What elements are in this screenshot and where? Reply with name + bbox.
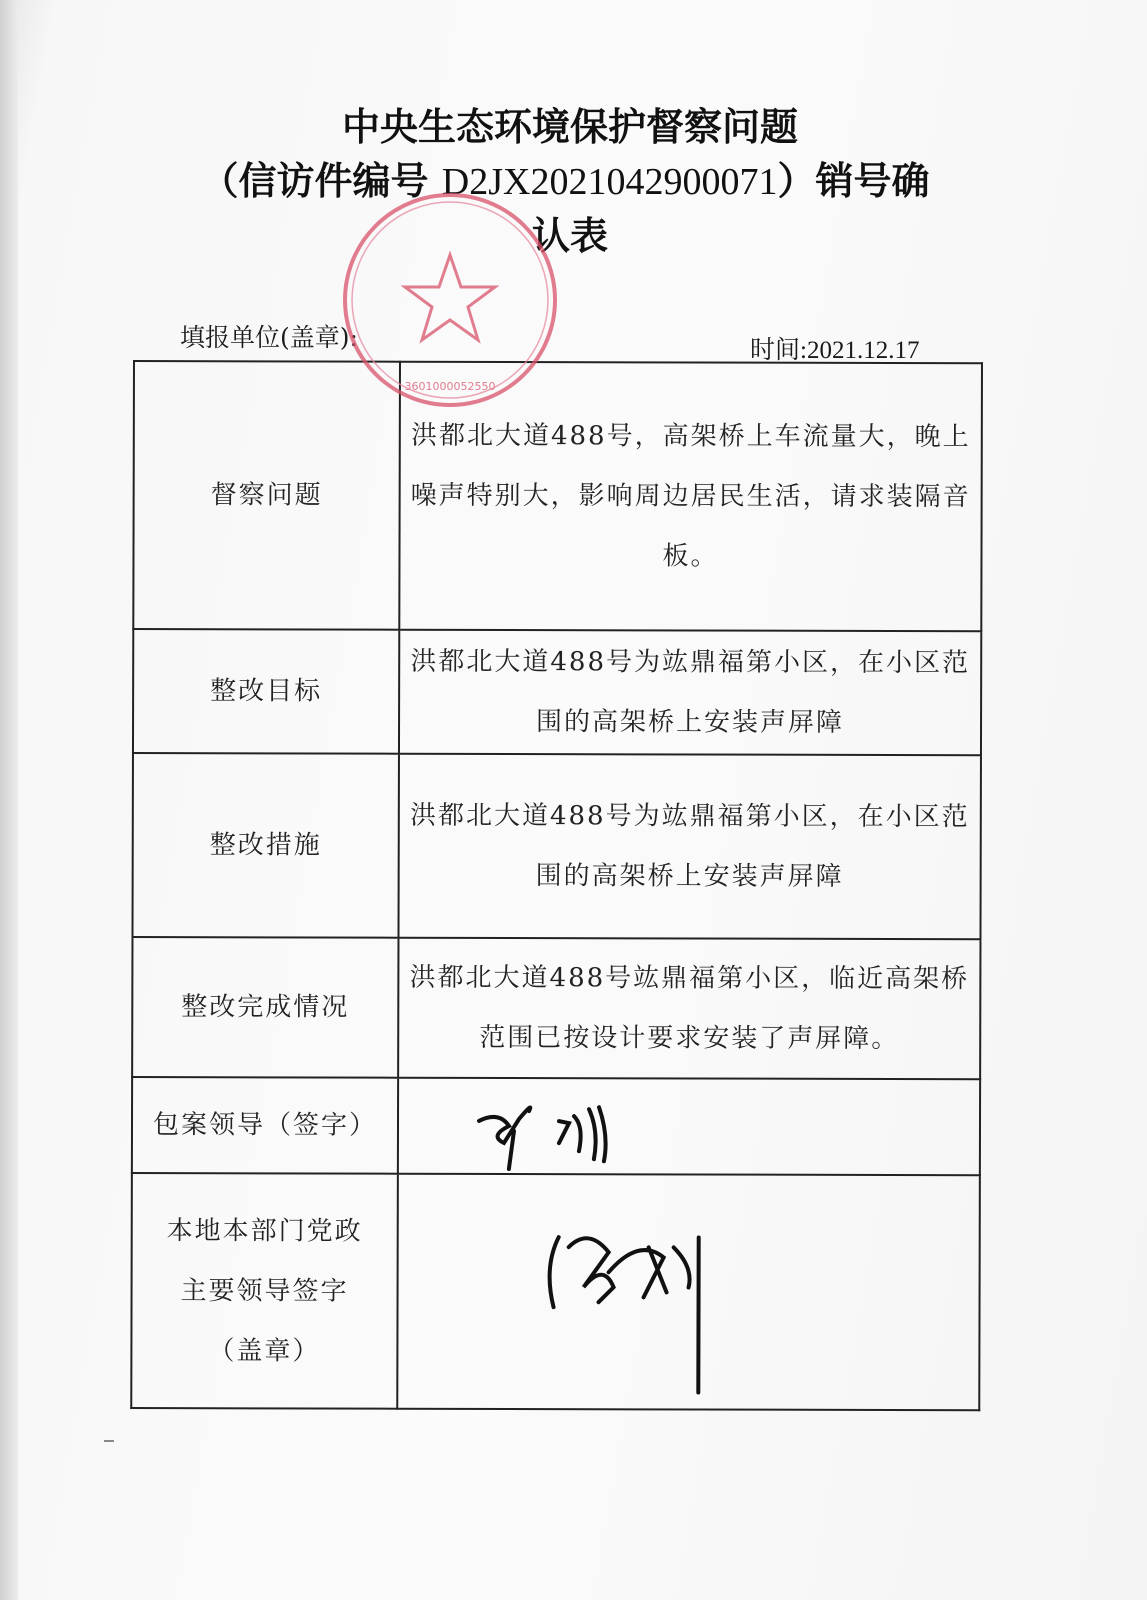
leader-signature xyxy=(397,1174,980,1411)
row-value: 洪都北大道488号为竑鼎福第小区，在小区范围的高架桥上安装声屏障 xyxy=(398,754,980,940)
case-leader-signature xyxy=(398,1078,980,1176)
page-edge-shadow xyxy=(0,0,18,1600)
table-row: 包案领导（签字） xyxy=(132,1077,980,1175)
row-value: 洪都北大道488号为竑鼎福第小区，在小区范围的高架桥上安装声屏障 xyxy=(399,630,981,756)
row-label: 整改完成情况 xyxy=(132,937,398,1078)
handwritten-signature-icon xyxy=(408,1176,969,1407)
table-row: 整改措施 洪都北大道488号为竑鼎福第小区，在小区范围的高架桥上安装声屏障 xyxy=(132,753,980,939)
row-label: 本地本部门党政 主要领导签字 （盖章） xyxy=(131,1173,398,1409)
document-title: 中央生态环境保护督察问题 （信访件编号 D2JX2021042900071）销号… xyxy=(170,100,970,263)
row-label: 督察问题 xyxy=(133,361,400,630)
title-line-3: 认表 xyxy=(532,213,608,258)
handwritten-signature-icon xyxy=(409,1081,969,1172)
reporting-unit-label: 填报单位(盖章): xyxy=(180,318,358,354)
row-label: 整改目标 xyxy=(133,629,399,754)
row-value: 洪都北大道488号竑鼎福第小区，临近高架桥范围已按设计要求安装了声屏障。 xyxy=(398,938,980,1080)
title-line-1: 中央生态环境保护督察问题 xyxy=(342,104,798,149)
table-row: 整改目标 洪都北大道488号为竑鼎福第小区，在小区范围的高架桥上安装声屏障 xyxy=(133,629,981,755)
table-row: 督察问题 洪都北大道488号，高架桥上车流量大，晚上噪声特别大，影响周边居民生活… xyxy=(133,361,982,631)
scan-speck xyxy=(104,1440,114,1442)
title-line-2: （信访件编号 D2JX2021042900071）销号确 xyxy=(160,154,970,209)
case-id: D2JX2021042900071 xyxy=(442,161,778,203)
row-label: 整改措施 xyxy=(132,753,398,938)
report-date: 时间:2021.12.17 xyxy=(750,330,919,366)
row-label: 包案领导（签字） xyxy=(132,1077,398,1174)
table-row: 本地本部门党政 主要领导签字 （盖章） xyxy=(131,1173,980,1410)
confirmation-form-table: 督察问题 洪都北大道488号，高架桥上车流量大，晚上噪声特别大，影响周边居民生活… xyxy=(130,360,983,1411)
row-value: 洪都北大道488号，高架桥上车流量大，晚上噪声特别大，影响周边居民生活，请求装隔… xyxy=(399,362,982,632)
table-row: 整改完成情况 洪都北大道488号竑鼎福第小区，临近高架桥范围已按设计要求安装了声… xyxy=(132,937,980,1079)
